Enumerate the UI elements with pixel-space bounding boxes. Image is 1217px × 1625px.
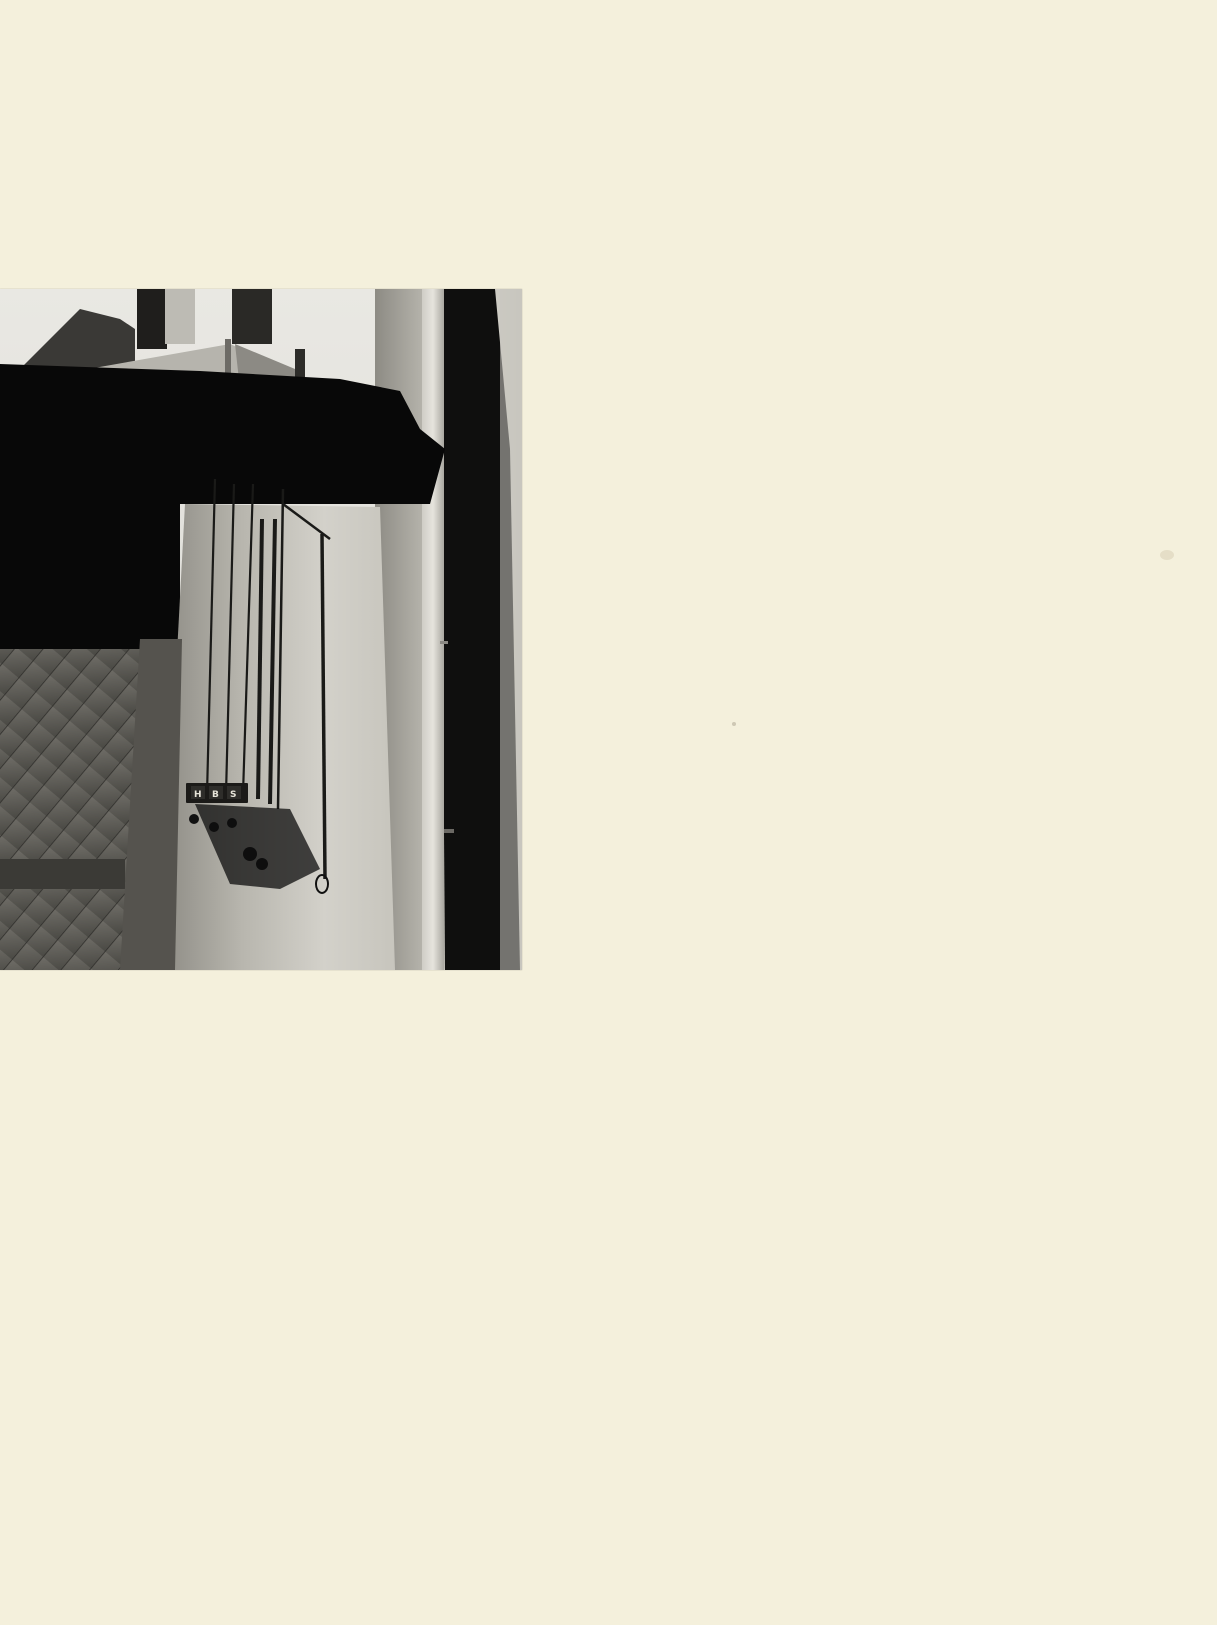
photo-scene: H B S bbox=[0, 289, 522, 970]
paper-blemish bbox=[1160, 550, 1174, 560]
wooden-door bbox=[0, 649, 140, 970]
pipe-joint bbox=[440, 641, 448, 644]
door-crossbeam bbox=[0, 859, 125, 889]
paper-speck bbox=[732, 722, 736, 726]
wall-strip bbox=[500, 289, 522, 970]
drainpipe bbox=[422, 289, 444, 970]
wall-pillar bbox=[160, 504, 395, 970]
plate-label-1: H bbox=[194, 790, 202, 800]
photograph: H B S bbox=[0, 289, 522, 970]
pipe-bracket bbox=[444, 829, 454, 833]
plate-label-3: S bbox=[230, 790, 236, 800]
plate-label-2: B bbox=[212, 790, 219, 800]
